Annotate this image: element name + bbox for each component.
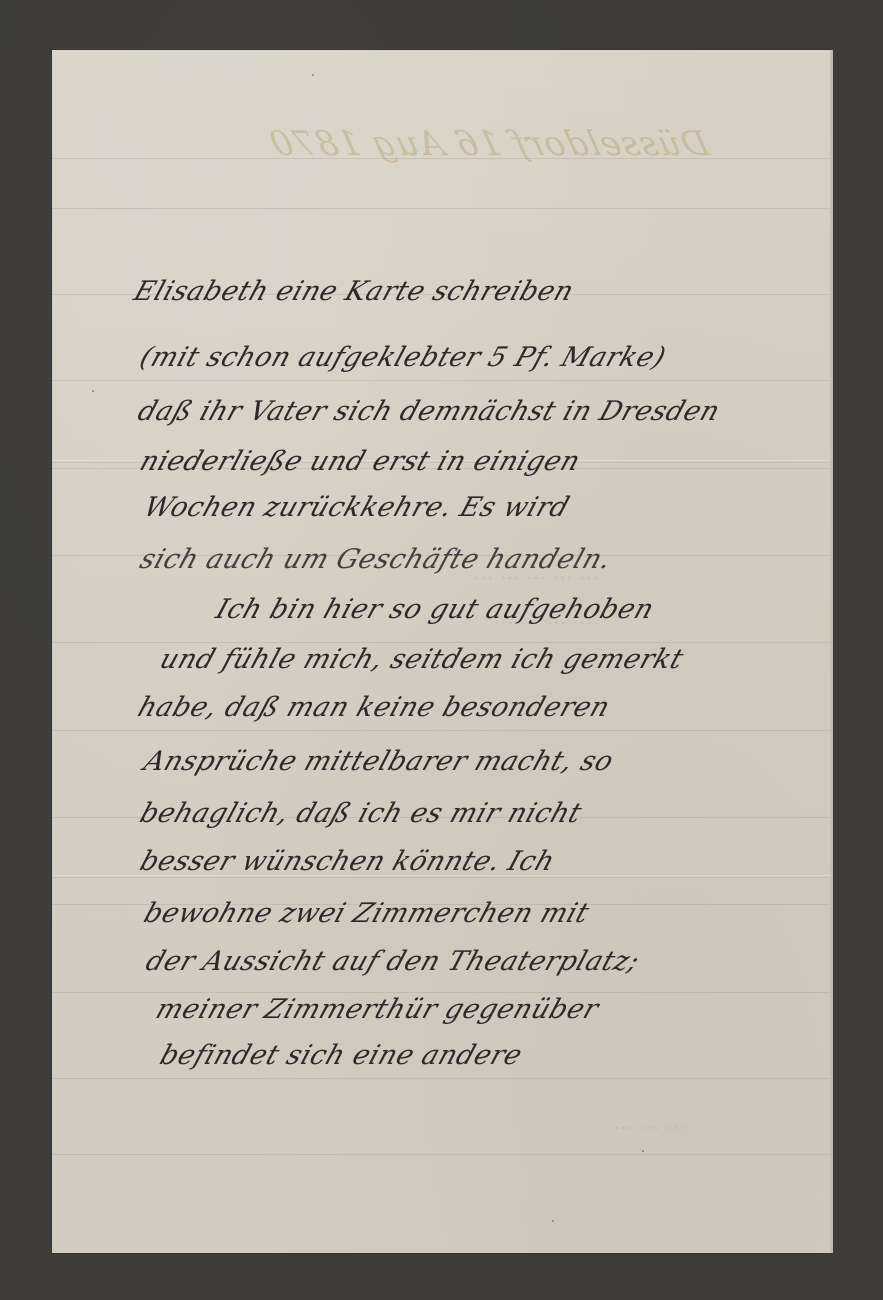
handwritten-line: behaglich, daß ich es mir nicht	[136, 798, 586, 829]
handwritten-line: und fühle mich, seitdem ich gemerkt	[156, 644, 688, 675]
paper-speck	[552, 1220, 554, 1222]
handwritten-line: Ich bin hier so gut aufgehoben	[212, 594, 658, 625]
ruled-line	[52, 208, 830, 209]
paper-speck	[312, 74, 314, 76]
ruled-line	[52, 380, 830, 381]
handwritten-line: niederließe und erst in einigen	[136, 446, 584, 477]
paper-speck	[642, 1150, 644, 1152]
paper-speck	[92, 390, 94, 392]
handwritten-line: daß ihr Vater sich demnächst in Dresden	[134, 396, 724, 427]
handwritten-line: Elisabeth eine Karte schreiben	[130, 276, 578, 307]
handwritten-line: Ansprüche mittelbarer macht, so	[140, 746, 618, 777]
ruled-line	[52, 730, 830, 731]
ruled-line	[52, 642, 830, 643]
ruled-line	[52, 1078, 830, 1079]
handwritten-line: habe, daß man keine besonderen	[134, 692, 614, 723]
bleed-through-header: Düsseldorf 16 Aug 1870	[265, 124, 714, 164]
handwritten-line: (mit schon aufgeklebter 5 Pf. Marke)	[136, 342, 670, 373]
handwritten-line: Wochen zurückkehre. Es wird	[140, 492, 573, 523]
handwritten-line: befindet sich eine andere	[156, 1040, 526, 1071]
handwritten-line: bewohne zwei Zimmerchen mit	[140, 898, 593, 929]
bleed-through-text: … … …	[609, 1110, 688, 1134]
ruled-line	[52, 1154, 830, 1155]
handwritten-line: besser wünschen könnte. Ich	[136, 846, 559, 877]
handwritten-line: meiner Zimmerthür gegenüber	[152, 994, 603, 1025]
handwritten-line: der Aussicht auf den Theaterplatz;	[142, 946, 644, 977]
handwritten-line: sich auch um Geschäfte handeln.	[136, 544, 615, 575]
letter-page: Düsseldorf 16 Aug 1870 … … … … … … … … ……	[52, 50, 830, 1253]
ruled-line	[52, 992, 830, 993]
